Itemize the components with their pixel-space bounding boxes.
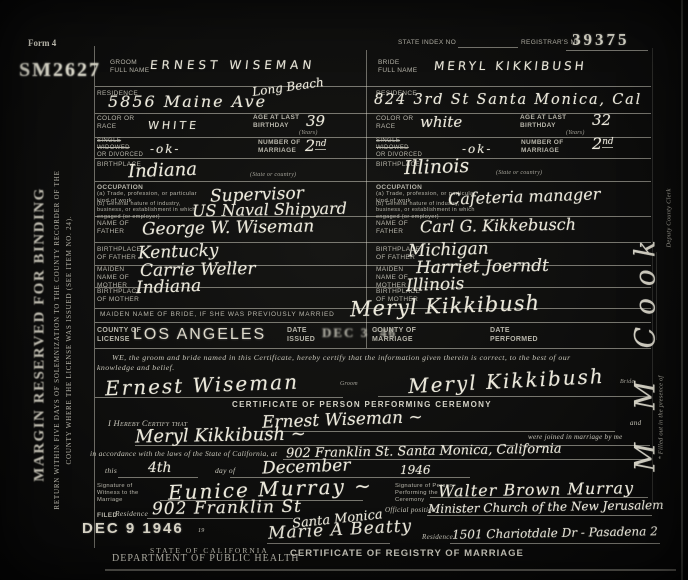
- performer-residence-label: Residence: [422, 533, 453, 541]
- deputy-county-clerk-label: Deputy County Clerk: [666, 168, 673, 248]
- bride-age-value: 32: [592, 111, 611, 129]
- groom-signature-label: Groom: [340, 381, 358, 387]
- groom-color-value: WHITE: [147, 119, 199, 132]
- groom-marriage-no-value: 2nd: [305, 136, 326, 155]
- bride-signature-label: Bride: [620, 379, 634, 385]
- field-rule: [95, 181, 651, 182]
- bride-marriage-no-label: NUMBER OF MARRIAGE: [521, 139, 573, 155]
- bottom-rule: [105, 569, 676, 571]
- performer-residence-value: 1501 Chariotdale Dr - Pasadena 2: [452, 524, 658, 542]
- bride-marital-value: -ok-: [462, 142, 492, 156]
- groom-marital-value: -ok-: [150, 142, 180, 156]
- groom-residence-value: 5856 Maine Ave: [108, 92, 267, 111]
- performer-residence-rule: [450, 543, 660, 544]
- local-registrar-signature: Marie A Beatty: [268, 516, 413, 544]
- binding-margin-note-line1: RETURN WITHIN FIVE DAYS OF SOLEMNIZATION…: [53, 115, 61, 565]
- ceremony-day-of-label: day of: [215, 466, 235, 475]
- ceremony-day-value: 4th: [148, 460, 172, 476]
- groom-full-name-label: FULL NAME: [110, 67, 149, 75]
- groom-occupation-b-label: (b) General nature of industry, business…: [97, 201, 203, 220]
- marriage-certificate-scan: MARGIN RESERVED FOR BINDING RETURN WITHI…: [0, 0, 688, 580]
- field-rule: [95, 322, 651, 323]
- ceremony-and-label: and: [630, 419, 641, 427]
- county-marriage-label: COUNTY OF MARRIAGE: [372, 327, 422, 345]
- ceremony-joined-label: were joined in marriage by me: [528, 433, 623, 441]
- bride-age-unit: (Years): [566, 130, 585, 136]
- bride-age-label: AGE AT LAST BIRTHDAY: [520, 114, 582, 130]
- certification-text-line2: knowledge and belief.: [97, 363, 175, 372]
- binding-margin-note-line2: COUNTY WHERE THE LICENSE WAS ISSUED (SEE…: [65, 115, 73, 565]
- groom-father-value: George W. Wiseman: [142, 216, 315, 239]
- groom-birthplace-value: Indiana: [128, 159, 198, 182]
- groom-birthplace-sub: (State or country): [250, 172, 296, 178]
- groom-marriage-no-label: NUMBER OF MARRIAGE: [258, 139, 310, 155]
- witness-signature-label: Signature of Witness to the Marriage: [97, 483, 151, 505]
- groom-father-label: NAME OF FATHER: [97, 220, 142, 236]
- footer-department: DEPARTMENT OF PUBLIC HEALTH: [112, 553, 299, 564]
- groom-mother-bp-value: Indiana: [136, 276, 202, 298]
- field-rule: [95, 137, 651, 138]
- file-number-stamp: SM2627: [19, 59, 101, 82]
- bride-marriage-no-value: 2nd: [592, 134, 613, 153]
- state-index-line: [458, 47, 518, 48]
- county-license-value: LOS ANGELES: [133, 326, 266, 344]
- bride-birthplace-sub: (State or country): [496, 170, 542, 176]
- ordinal-suffix: nd: [315, 139, 326, 150]
- performer-signature: Walter Brown Murray: [438, 478, 634, 500]
- filed-label: FILED: [97, 512, 118, 520]
- ceremony-accordance-label: in accordance with the laws of the State…: [90, 449, 277, 458]
- bride-full-name-value: MERYL KIKKIBUSH: [433, 59, 587, 73]
- bride-residence-value: 824 3rd St Santa Monica, Cal: [374, 92, 642, 108]
- bride-label: BRIDE: [378, 59, 400, 67]
- bride-birthplace-value: Illinois: [404, 155, 470, 179]
- form-left-border: [94, 46, 95, 548]
- bride-color-label: COLOR OR RACE: [376, 115, 416, 131]
- state-index-label: STATE INDEX NO: [398, 39, 456, 47]
- bride-occupation-a-value: Cafeteria manager: [448, 184, 601, 208]
- witness-residence-label: Residence: [115, 509, 148, 518]
- field-rule: [95, 348, 651, 349]
- bride-father-label: NAME OF FATHER: [376, 220, 421, 236]
- ceremony-bride-name: Meryl Kikkibush ~: [135, 424, 306, 448]
- prev-married-label: MAIDEN NAME OF BRIDE, IF SHE WAS PREVIOU…: [100, 311, 335, 319]
- groom-marital-divorced-label: OR DIVORCED: [97, 152, 143, 160]
- bride-father-value: Carl G. Kikkebusch: [420, 215, 576, 237]
- witness-residence-value: 902 Franklin St: [152, 497, 302, 520]
- date-performed-label: DATE PERFORMED: [490, 327, 545, 345]
- groom-color-label: COLOR OR RACE: [97, 115, 137, 131]
- groom-age-value: 39: [306, 112, 325, 130]
- ceremony-rule: [118, 477, 198, 478]
- groom-label: GROOM: [110, 59, 137, 67]
- ceremony-year-value: 1946: [400, 463, 431, 477]
- page-right-edge: [681, 0, 683, 580]
- registrar-number-line: [566, 50, 648, 51]
- form-number: Form 4: [28, 38, 56, 48]
- registrar-number: 39375: [572, 30, 630, 50]
- registrar-signature-rule: [267, 543, 390, 544]
- filed-year-prefix: 19: [198, 528, 205, 534]
- bride-signature: Meryl Kikkibush: [408, 364, 606, 398]
- field-rule: [95, 86, 651, 87]
- binding-margin-title: MARGIN RESERVED FOR BINDING: [32, 125, 49, 545]
- bride-color-value: white: [420, 113, 462, 131]
- footer-certificate-title: CERTIFICATE OF REGISTRY OF MARRIAGE: [290, 548, 524, 560]
- groom-residence-city: Long Beach: [251, 75, 324, 99]
- filed-date-stamp: DEC 9 1946: [82, 520, 184, 537]
- certification-text-line1: WE, the groom and bride named in this Ce…: [112, 353, 571, 362]
- official-position-value: Minister Church of the New Jerusalem: [428, 498, 664, 516]
- date-issued-label: DATE ISSUED: [287, 327, 317, 345]
- ordinal-suffix: nd: [602, 137, 613, 148]
- groom-signature: Ernest Wiseman: [105, 370, 300, 401]
- ceremony-rule: [398, 477, 470, 478]
- groom-full-name-value: ERNEST WISEMAN: [149, 58, 316, 72]
- bride-full-name-label: FULL NAME: [378, 67, 417, 75]
- ceremony-this-label: this: [105, 466, 117, 475]
